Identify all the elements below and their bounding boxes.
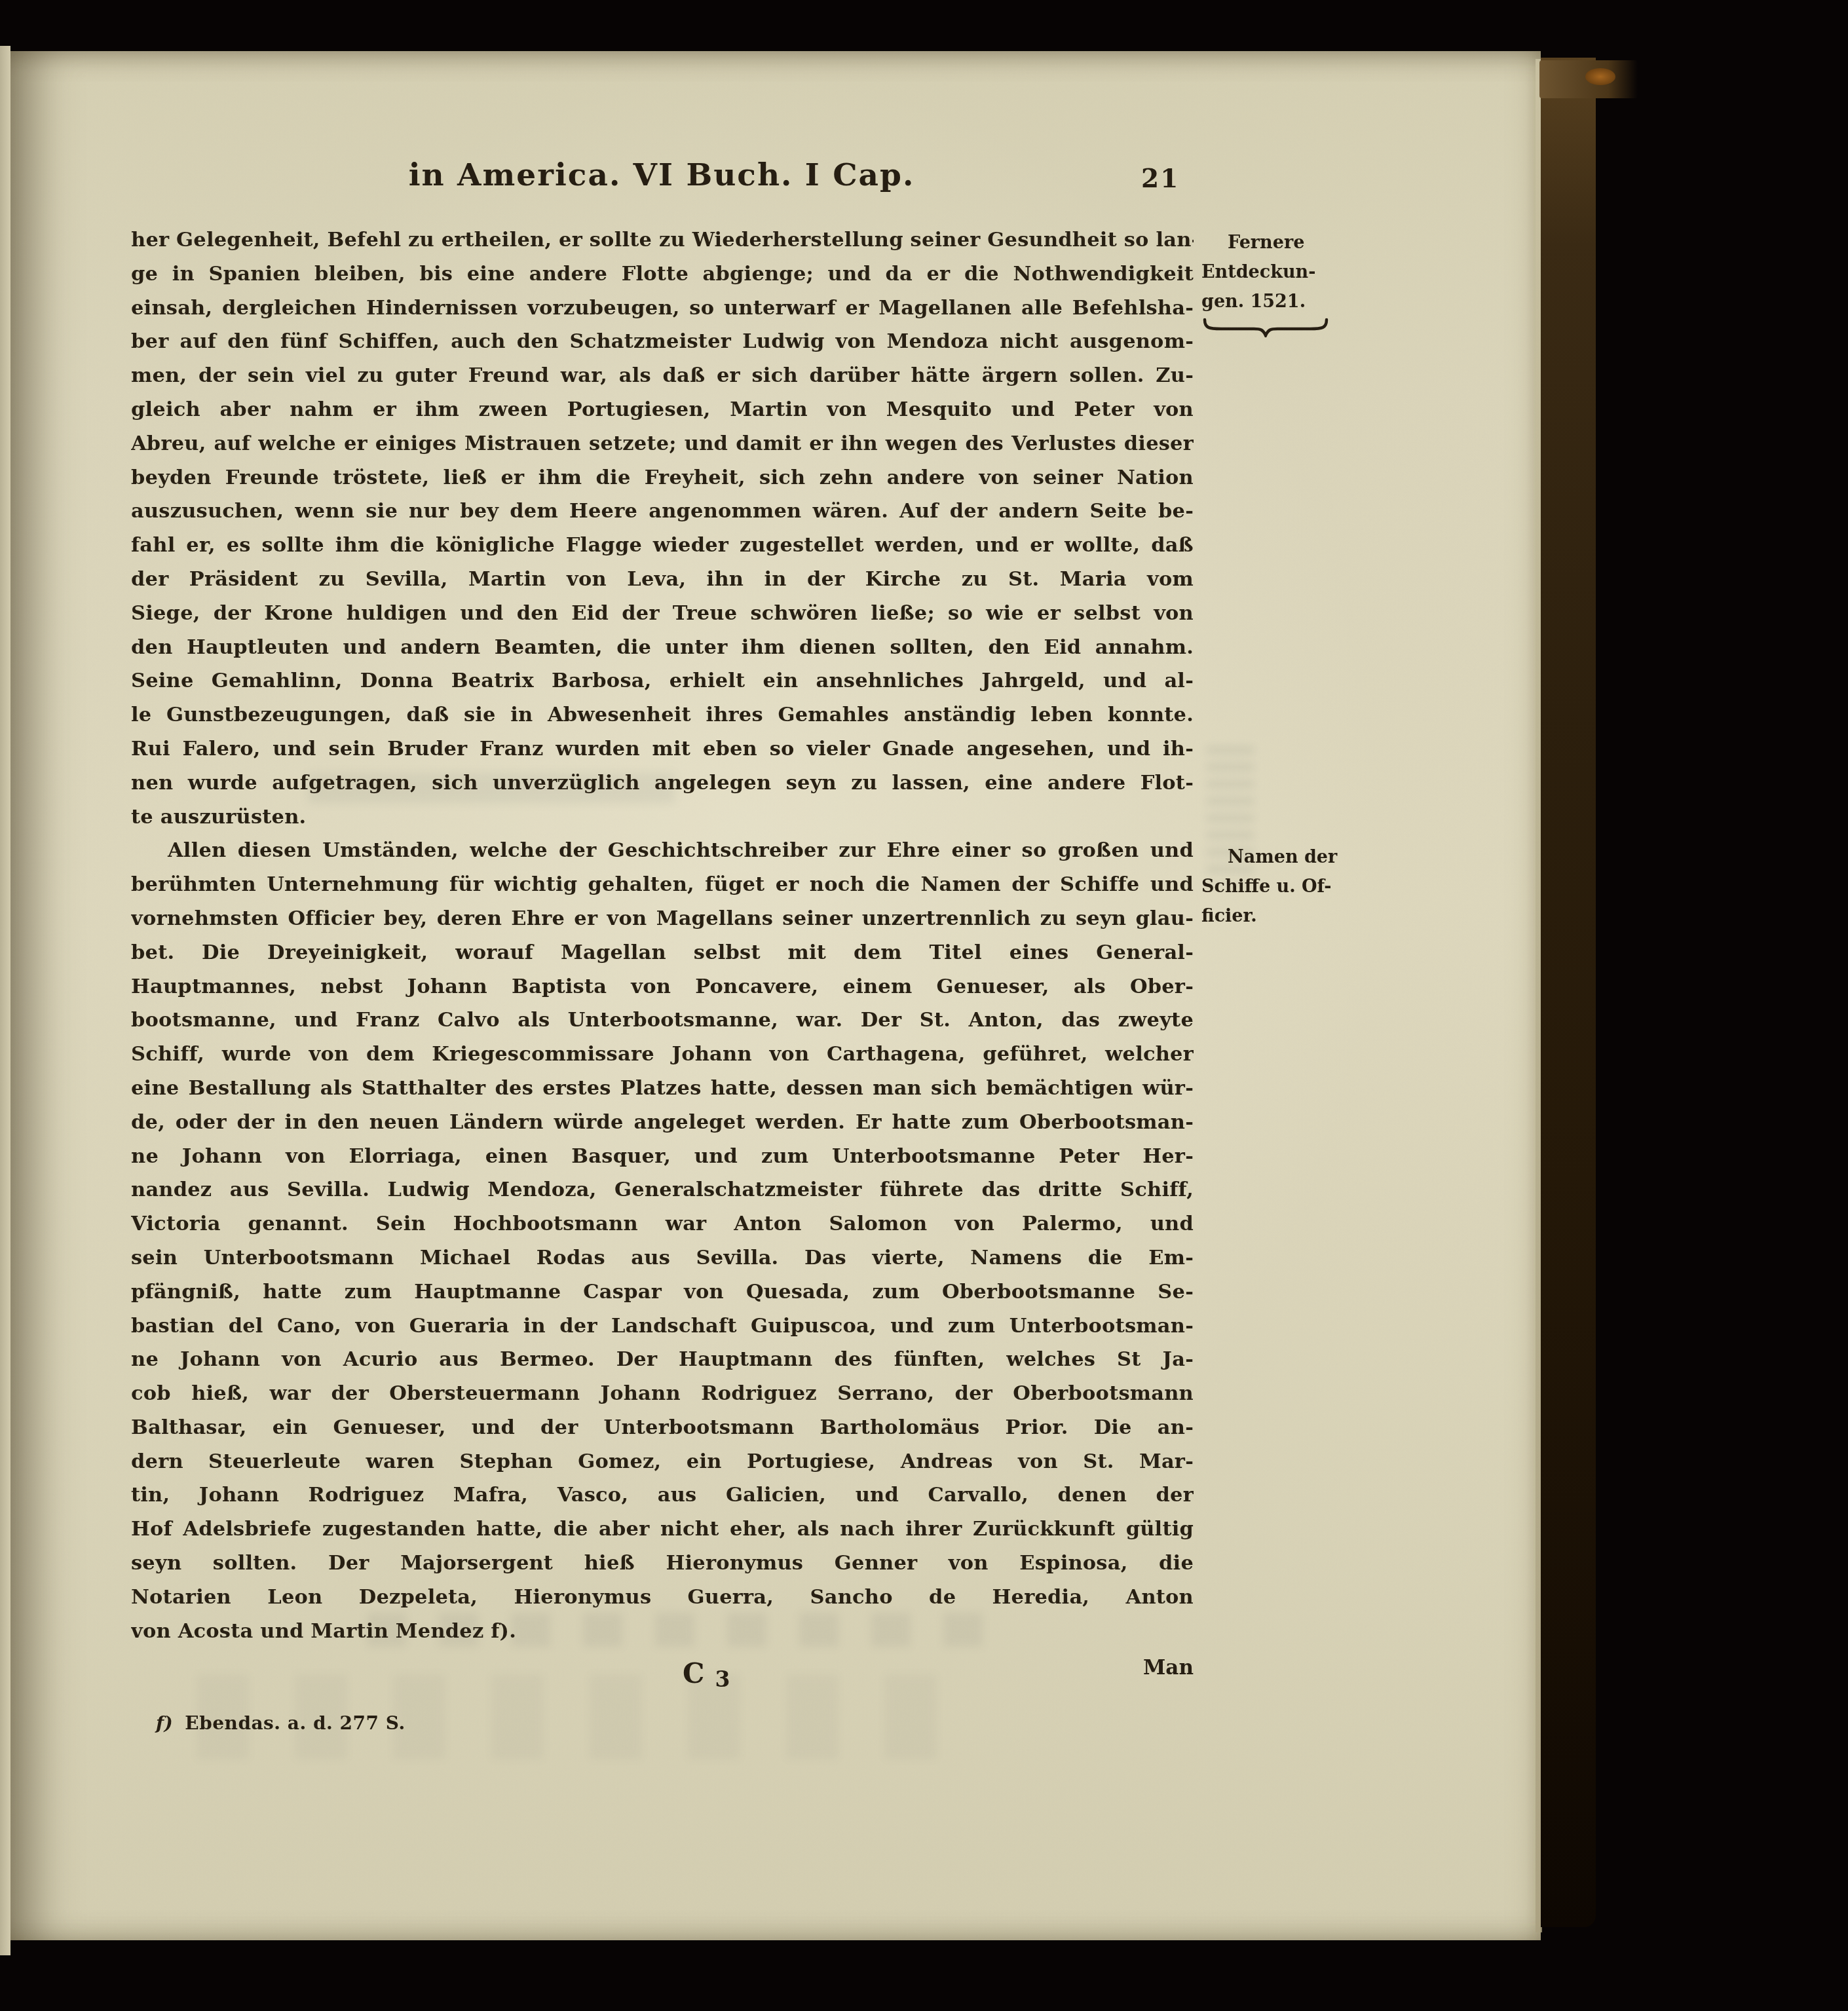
body-text-line: gleich aber nahm er ihm zween Portugiese… (131, 393, 1194, 427)
body-text-line: beyden Freunde tröstete, ließ er ihm die… (131, 461, 1194, 495)
body-text-line paragraph-start: Allen diesen Umständen, welche der Gesch… (131, 834, 1194, 868)
catchword: Man (1143, 1656, 1194, 1680)
body-text-line: le Gunstbezeugungen, daß sie in Abwesenh… (131, 698, 1194, 732)
body-text-line: Victoria genannt. Sein Hochbootsmann war… (131, 1207, 1194, 1241)
body-text-line: berühmten Unternehmung für wichtig gehal… (131, 868, 1194, 902)
margin-note-line: Schiffe u. Of- (1201, 872, 1339, 901)
body-text-line: vornehmsten Officier bey, deren Ehre er … (131, 902, 1194, 936)
margin-note-discoveries-1521: Fernere Entdeckun- gen. 1521. (1201, 228, 1339, 337)
body-text-line: auszusuchen, wenn sie nur bey dem Heere … (131, 495, 1194, 529)
signature-mark: C3 (683, 1657, 730, 1689)
body-text-line: her Gelegenheit, Befehl zu ertheilen, er… (131, 223, 1194, 257)
body-text-line: te auszurüsten. (131, 800, 1194, 835)
signature-letter: C (683, 1657, 704, 1689)
body-text-line: sein Unterbootsmann Michael Rodas aus Se… (131, 1241, 1194, 1275)
underbrace-icon (1201, 318, 1330, 337)
body-text-line: men, der sein viel zu guter Freund war, … (131, 359, 1194, 393)
body-text-line: Rui Falero, und sein Bruder Franz wurden… (131, 732, 1194, 766)
body-text-line: nen wurde aufgetragen, sich unverzüglich… (131, 766, 1194, 800)
body-text-line: Siege, der Krone huldigen und den Eid de… (131, 597, 1194, 631)
body-text-line: pfängniß, hatte zum Hauptmanne Caspar vo… (131, 1275, 1194, 1309)
body-text-line: Schiff, wurde von dem Kriegescommissare … (131, 1038, 1194, 1072)
signature-catchword-row: C3 Man (131, 1656, 1194, 1695)
running-head: in America. VI Buch. I Cap. (131, 157, 1192, 193)
body-text-line: bastian del Cano, von Gueraria in der La… (131, 1309, 1194, 1344)
margin-note-line: Namen der (1201, 842, 1339, 872)
page-number: 21 (1141, 164, 1179, 194)
body-text-line: von Acosta und Martin Mendez f). (131, 1615, 1194, 1649)
scanned-book-photo: { "page": { "header": { "title": "in Ame… (0, 0, 1848, 2011)
body-text-line: ne Johann von Elorriaga, einen Basquer, … (131, 1140, 1194, 1174)
body-text-line: cob hieß, war der Obersteuermann Johann … (131, 1377, 1194, 1411)
body-text-line: Seine Gemahlinn, Donna Beatrix Barbosa, … (131, 664, 1194, 698)
body-text-line: Notarien Leon Dezpeleta, Hieronymus Guer… (131, 1581, 1194, 1615)
body-text-line: bet. Die Dreyeinigkeit, worauf Magellan … (131, 936, 1194, 970)
body-text-line: seyn sollten. Der Majorsergent hieß Hier… (131, 1547, 1194, 1581)
footnote: f)Ebendas. a. d. 277 S. (156, 1712, 405, 1734)
body-text-line: einsah, dergleichen Hindernissen vorzube… (131, 291, 1194, 326)
body-text-line: Balthasar, ein Genueser, und der Unterbo… (131, 1411, 1194, 1445)
body-text-line: ber auf den fünf Schiffen, auch den Scha… (131, 325, 1194, 359)
footnote-marker: f) (156, 1712, 173, 1734)
body-text-line: tin, Johann Rodriguez Mafra, Vasco, aus … (131, 1478, 1194, 1513)
body-text-line: ne Johann von Acurio aus Bermeo. Der Hau… (131, 1343, 1194, 1377)
body-text-line: der Präsident zu Sevilla, Martin von Lev… (131, 563, 1194, 597)
body-text-block: her Gelegenheit, Befehl zu ertheilen, er… (131, 223, 1194, 1648)
margin-note-ship-names: Namen der Schiffe u. Of- ficier. (1201, 842, 1339, 931)
body-text-line: eine Bestallung als Statthalter des erst… (131, 1072, 1194, 1106)
body-text-line: Hof Adelsbriefe zugestanden hatte, die a… (131, 1513, 1194, 1547)
body-text-line: nandez aus Sevilla. Ludwig Mendoza, Gene… (131, 1173, 1194, 1207)
margin-note-line: Fernere (1201, 228, 1339, 257)
signature-number: 3 (715, 1666, 730, 1692)
body-text-line: ge in Spanien bleiben, bis eine andere F… (131, 257, 1194, 291)
margin-note-line: gen. 1521. (1201, 287, 1339, 316)
body-text-line: Abreu, auf welche er einiges Mistrauen s… (131, 427, 1194, 461)
body-text-line: de, oder der in den neuen Ländern würde … (131, 1106, 1194, 1140)
footnote-text: Ebendas. a. d. 277 S. (185, 1712, 405, 1734)
margin-note-line: Entdeckun- (1201, 257, 1339, 287)
book-fore-edge (1541, 58, 1596, 1927)
body-text-line: den Hauptleuten und andern Beamten, die … (131, 631, 1194, 665)
margin-note-line: ficier. (1201, 901, 1339, 931)
binding-wear-spot (1585, 68, 1615, 85)
body-text-line: dern Steuerleute waren Stephan Gomez, ei… (131, 1445, 1194, 1479)
body-text-line: Hauptmannes, nebst Johann Baptista von P… (131, 970, 1194, 1004)
body-text-line: bootsmanne, und Franz Calvo als Unterboo… (131, 1004, 1194, 1038)
body-text-line: fahl er, es sollte ihm die königliche Fl… (131, 529, 1194, 563)
adjacent-page-edge (0, 46, 10, 1955)
